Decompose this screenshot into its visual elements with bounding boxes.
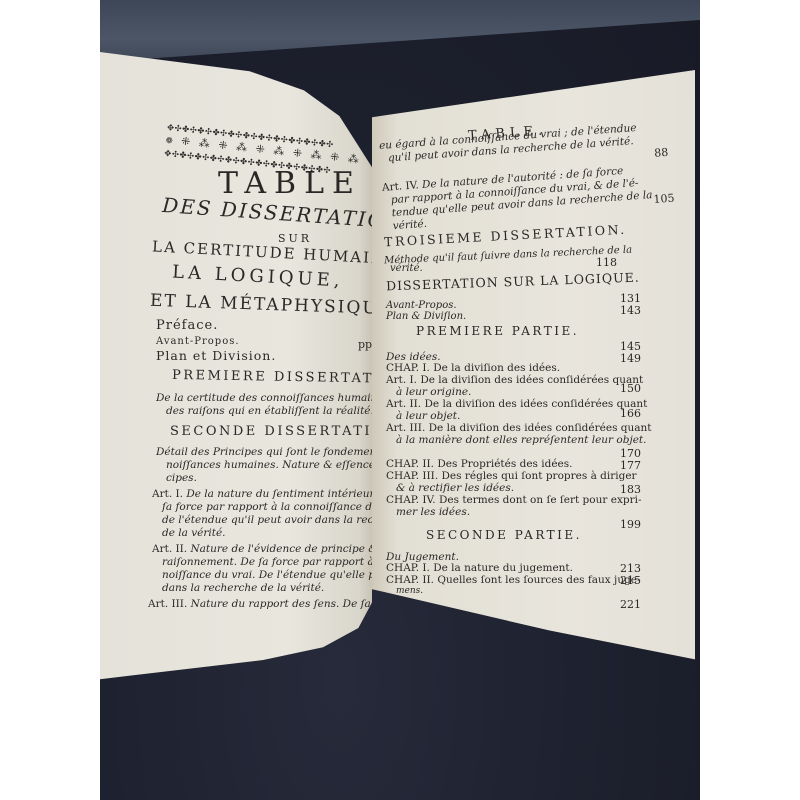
premiere-line: des raiſons qui en établiſſent la réalit… <box>166 405 374 417</box>
seconde-partie-heading: SECONDE PARTIE. <box>426 528 582 542</box>
art-3-entry: Art. III. Nature du rapport des ſens. De… <box>148 598 401 610</box>
art-label: Art. III. <box>148 598 187 610</box>
art-text: Nature de l'évidence de principe & de <box>190 543 393 555</box>
toc-line: mens. <box>396 586 423 596</box>
page-title: TABLE <box>218 166 362 201</box>
sur-label: SUR <box>278 232 312 245</box>
avant-propos-entry: Avant-Propos. <box>386 300 457 311</box>
art-2-entry: Art. II. Nature de l'évidence de princip… <box>152 543 394 555</box>
plan-entry: Plan et Division. <box>156 348 276 363</box>
toc-line: vérité. <box>390 263 423 274</box>
page-number: 105 <box>653 192 675 206</box>
logique-heading: DISSERTATION SUR LA LOGIQUE. <box>386 270 640 294</box>
art-1-line: de la vérité. <box>162 527 226 539</box>
preface-entry: Préface. <box>156 318 218 333</box>
toc-line: mer les idées. <box>396 506 470 518</box>
toc-line: Art. II. De la diviſion des idées conſid… <box>386 398 647 410</box>
premiere-partie-heading: PREMIERE PARTIE. <box>416 324 579 338</box>
art-text: De la nature du ſentiment intérieur. De <box>186 488 394 500</box>
chapter-entry: CHAP. III. Des régles qui ſont propres à… <box>386 470 637 482</box>
page-number: 149 <box>620 352 641 365</box>
page-number: 88 <box>654 146 669 160</box>
page-number: 143 <box>620 304 641 317</box>
art-2-line: dans la recherche de la vérité. <box>162 582 324 594</box>
toc-line: Art. III. De la diviſion des idées conſi… <box>386 422 652 434</box>
art-label: Art. II. <box>152 543 187 555</box>
page-number: 199 <box>620 518 641 531</box>
right-page: TABLE. eu égard à la connoiſſance du vra… <box>372 70 695 660</box>
art-1-entry: Art. I. De la nature du ſentiment intéri… <box>152 488 395 500</box>
page-number: 166 <box>620 407 641 420</box>
page-number: 150 <box>620 382 641 395</box>
page-number: 221 <box>620 598 641 611</box>
title-line-3: ET LA MÉTAPHYSIQUE <box>150 291 394 319</box>
page-number: 118 <box>596 256 617 269</box>
book-photo: ✥✣✤✣✤✣✤✣✤✣✤✣✤✣✤✣✤✣✤✣✤✣ ❁ ⁜ ⁂ ⁜ ⁂ ⁜ ⁂ ⁜ ⁂… <box>100 0 700 800</box>
seconde-line: cipes. <box>166 472 197 484</box>
toc-line: & à rectifier les idées. <box>396 482 514 494</box>
chapter-entry: CHAP. I. De la diviſion des idées. <box>386 362 560 374</box>
chapter-entry: CHAP. IV. Des termes dont on ſe ſert pou… <box>386 494 642 506</box>
toc-line: à la manière dont elles repréſentent leu… <box>396 434 646 446</box>
title-line-2: LA LOGIQUE, <box>172 262 345 292</box>
chapter-entry: CHAP. II. Quelles ſont les ſources des f… <box>386 574 641 586</box>
toc-line: vérité. <box>392 218 427 232</box>
plan-entry: Plan & Diviſion. <box>386 311 466 322</box>
chapter-entry: CHAP. I. De la nature du jugement. <box>386 562 573 574</box>
left-page: ✥✣✤✣✤✣✤✣✤✣✤✣✤✣✤✣✤✣✤✣✤✣ ❁ ⁜ ⁂ ⁜ ⁂ ⁜ ⁂ ⁜ ⁂… <box>100 52 372 692</box>
toc-line: Art. I. De la diviſion des idées conſidé… <box>386 374 643 386</box>
seconde-dissertation-heading: SECONDE DISSERTATION. <box>170 424 405 439</box>
art-label: Art. I. <box>152 488 183 500</box>
toc-line: à leur origine. <box>396 386 471 398</box>
page-number: pp <box>358 338 372 351</box>
toc-line: à leur objet. <box>396 410 460 422</box>
avant-propos-entry: Avant-Propos. <box>156 336 240 347</box>
chapter-entry: CHAP. II. Des Propriétés des idées. <box>386 458 573 470</box>
